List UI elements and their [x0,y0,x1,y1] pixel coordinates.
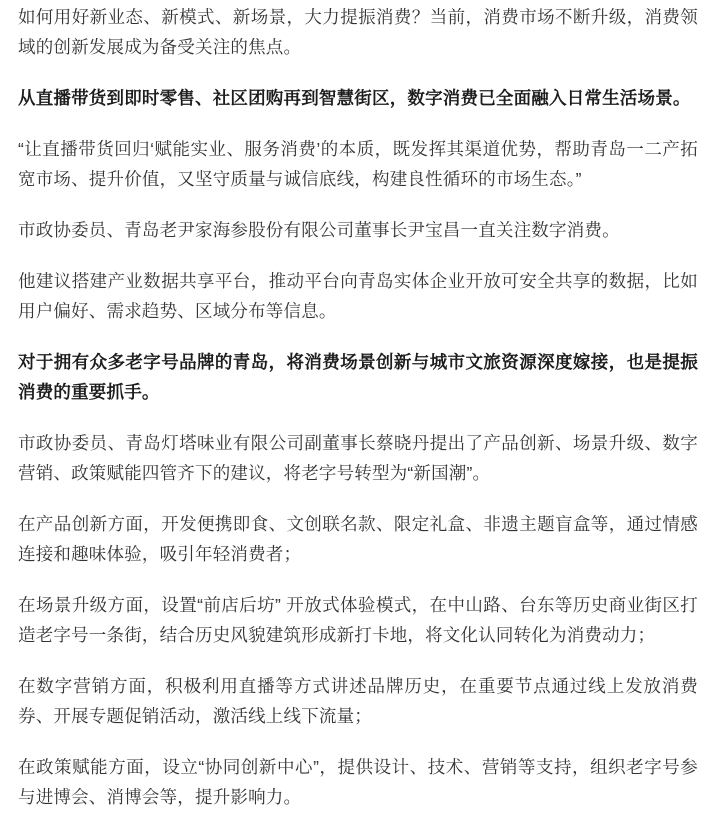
paragraph: 他建议搭建产业数据共享平台，推动平台向青岛实体企业开放可安全共享的数据，比如用户… [18,266,698,326]
paragraph: 市政协委员、青岛灯塔味业有限公司副董事长蔡晓丹提出了产品创新、场景升级、数字营销… [18,428,698,488]
paragraph: 市政协委员、青岛老尹家海参股份有限公司董事长尹宝昌一直关注数字消费。 [18,215,698,245]
paragraph-lead: 从直播带货到即时零售、社区团购再到智慧街区，数字消费已全面融入日常生活场景。 [18,83,698,113]
paragraph: 在政策赋能方面，设立“协同创新中心”，提供设计、技术、营销等支持，组织老字号参与… [18,752,698,812]
paragraph: “让直播带货回归‘赋能实业、服务消费’的本质，既发挥其渠道优势，帮助青岛一二产拓… [18,134,698,194]
paragraph: 在场景升级方面，设置“前店后坊” 开放式体验模式，在中山路、台东等历史商业街区打… [18,590,698,650]
paragraph: 在产品创新方面，开发便携即食、文创联名款、限定礼盒、非遗主题盲盒等，通过情感连接… [18,509,698,569]
paragraph-lead: 对于拥有众多老字号品牌的青岛，将消费场景创新与城市文旅资源深度嫁接，也是提振消费… [18,347,698,407]
article-body: 如何用好新业态、新模式、新场景，大力提振消费？当前，消费市场不断升级，消费领域的… [0,0,716,812]
paragraph: 如何用好新业态、新模式、新场景，大力提振消费？当前，消费市场不断升级，消费领域的… [18,2,698,62]
paragraph: 在数字营销方面，积极利用直播等方式讲述品牌历史，在重要节点通过线上发放消费券、开… [18,671,698,731]
